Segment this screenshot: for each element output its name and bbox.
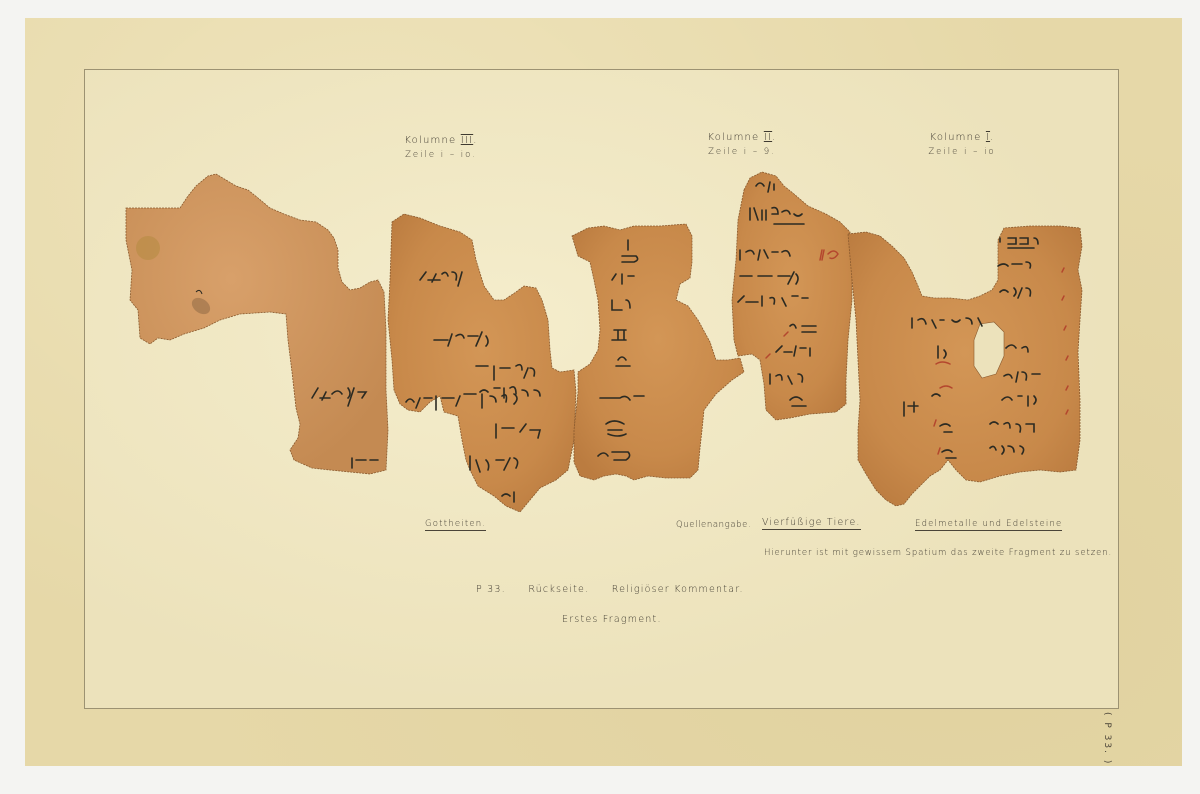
section-label-vierfuessige-tiere: Vierfüßige Tiere. (762, 517, 861, 530)
section-label-quellenangabe: Quellenangabe. (676, 520, 751, 530)
column-header-3: Kolumne III. Zeile i – io. (386, 133, 496, 163)
column-header-3-numeral: III (461, 135, 473, 146)
placement-note: Hierunter ist mit gewissem Spatium das z… (764, 548, 1112, 558)
papyrus-fragments (0, 0, 1200, 794)
column-header-2-numeral: II (764, 132, 772, 143)
column-header-2-label: Kolumne (707, 132, 759, 143)
fragment-col-3-right (572, 224, 744, 480)
margin-label: ( P 33. ) (1102, 712, 1112, 765)
column-header-1-numeral: I (986, 132, 990, 143)
column-header-1-lines: Zeile i – io (912, 145, 1012, 160)
column-header-1-label: Kolumne (930, 132, 982, 143)
caption-side: Rückseite. (528, 584, 589, 595)
column-header-2: Kolumne II. Zeile i – 9. (692, 130, 792, 160)
column-header-2-lines: Zeile i – 9. (692, 145, 792, 160)
column-header-3-label: Kolumne (404, 135, 456, 146)
section-label-edelmetalle: Edelmetalle und Edelsteine (915, 519, 1062, 531)
caption-fragment: Erstes Fragment. (562, 614, 662, 625)
section-label-gottheiten: Gottheiten. (425, 519, 486, 531)
caption-title: Religiöser Kommentar. (612, 584, 744, 595)
caption-id: P 33. (476, 584, 506, 595)
fragment-col-3-left (126, 174, 388, 474)
fragment-col-1 (848, 226, 1082, 506)
fragment-col-3-middle (388, 214, 576, 512)
caption-line: P 33. Rückseite. Religiöser Kommentar. (476, 584, 744, 595)
column-header-1: Kolumne I. Zeile i – io (912, 130, 1012, 160)
column-header-3-lines: Zeile i – io. (386, 148, 496, 163)
